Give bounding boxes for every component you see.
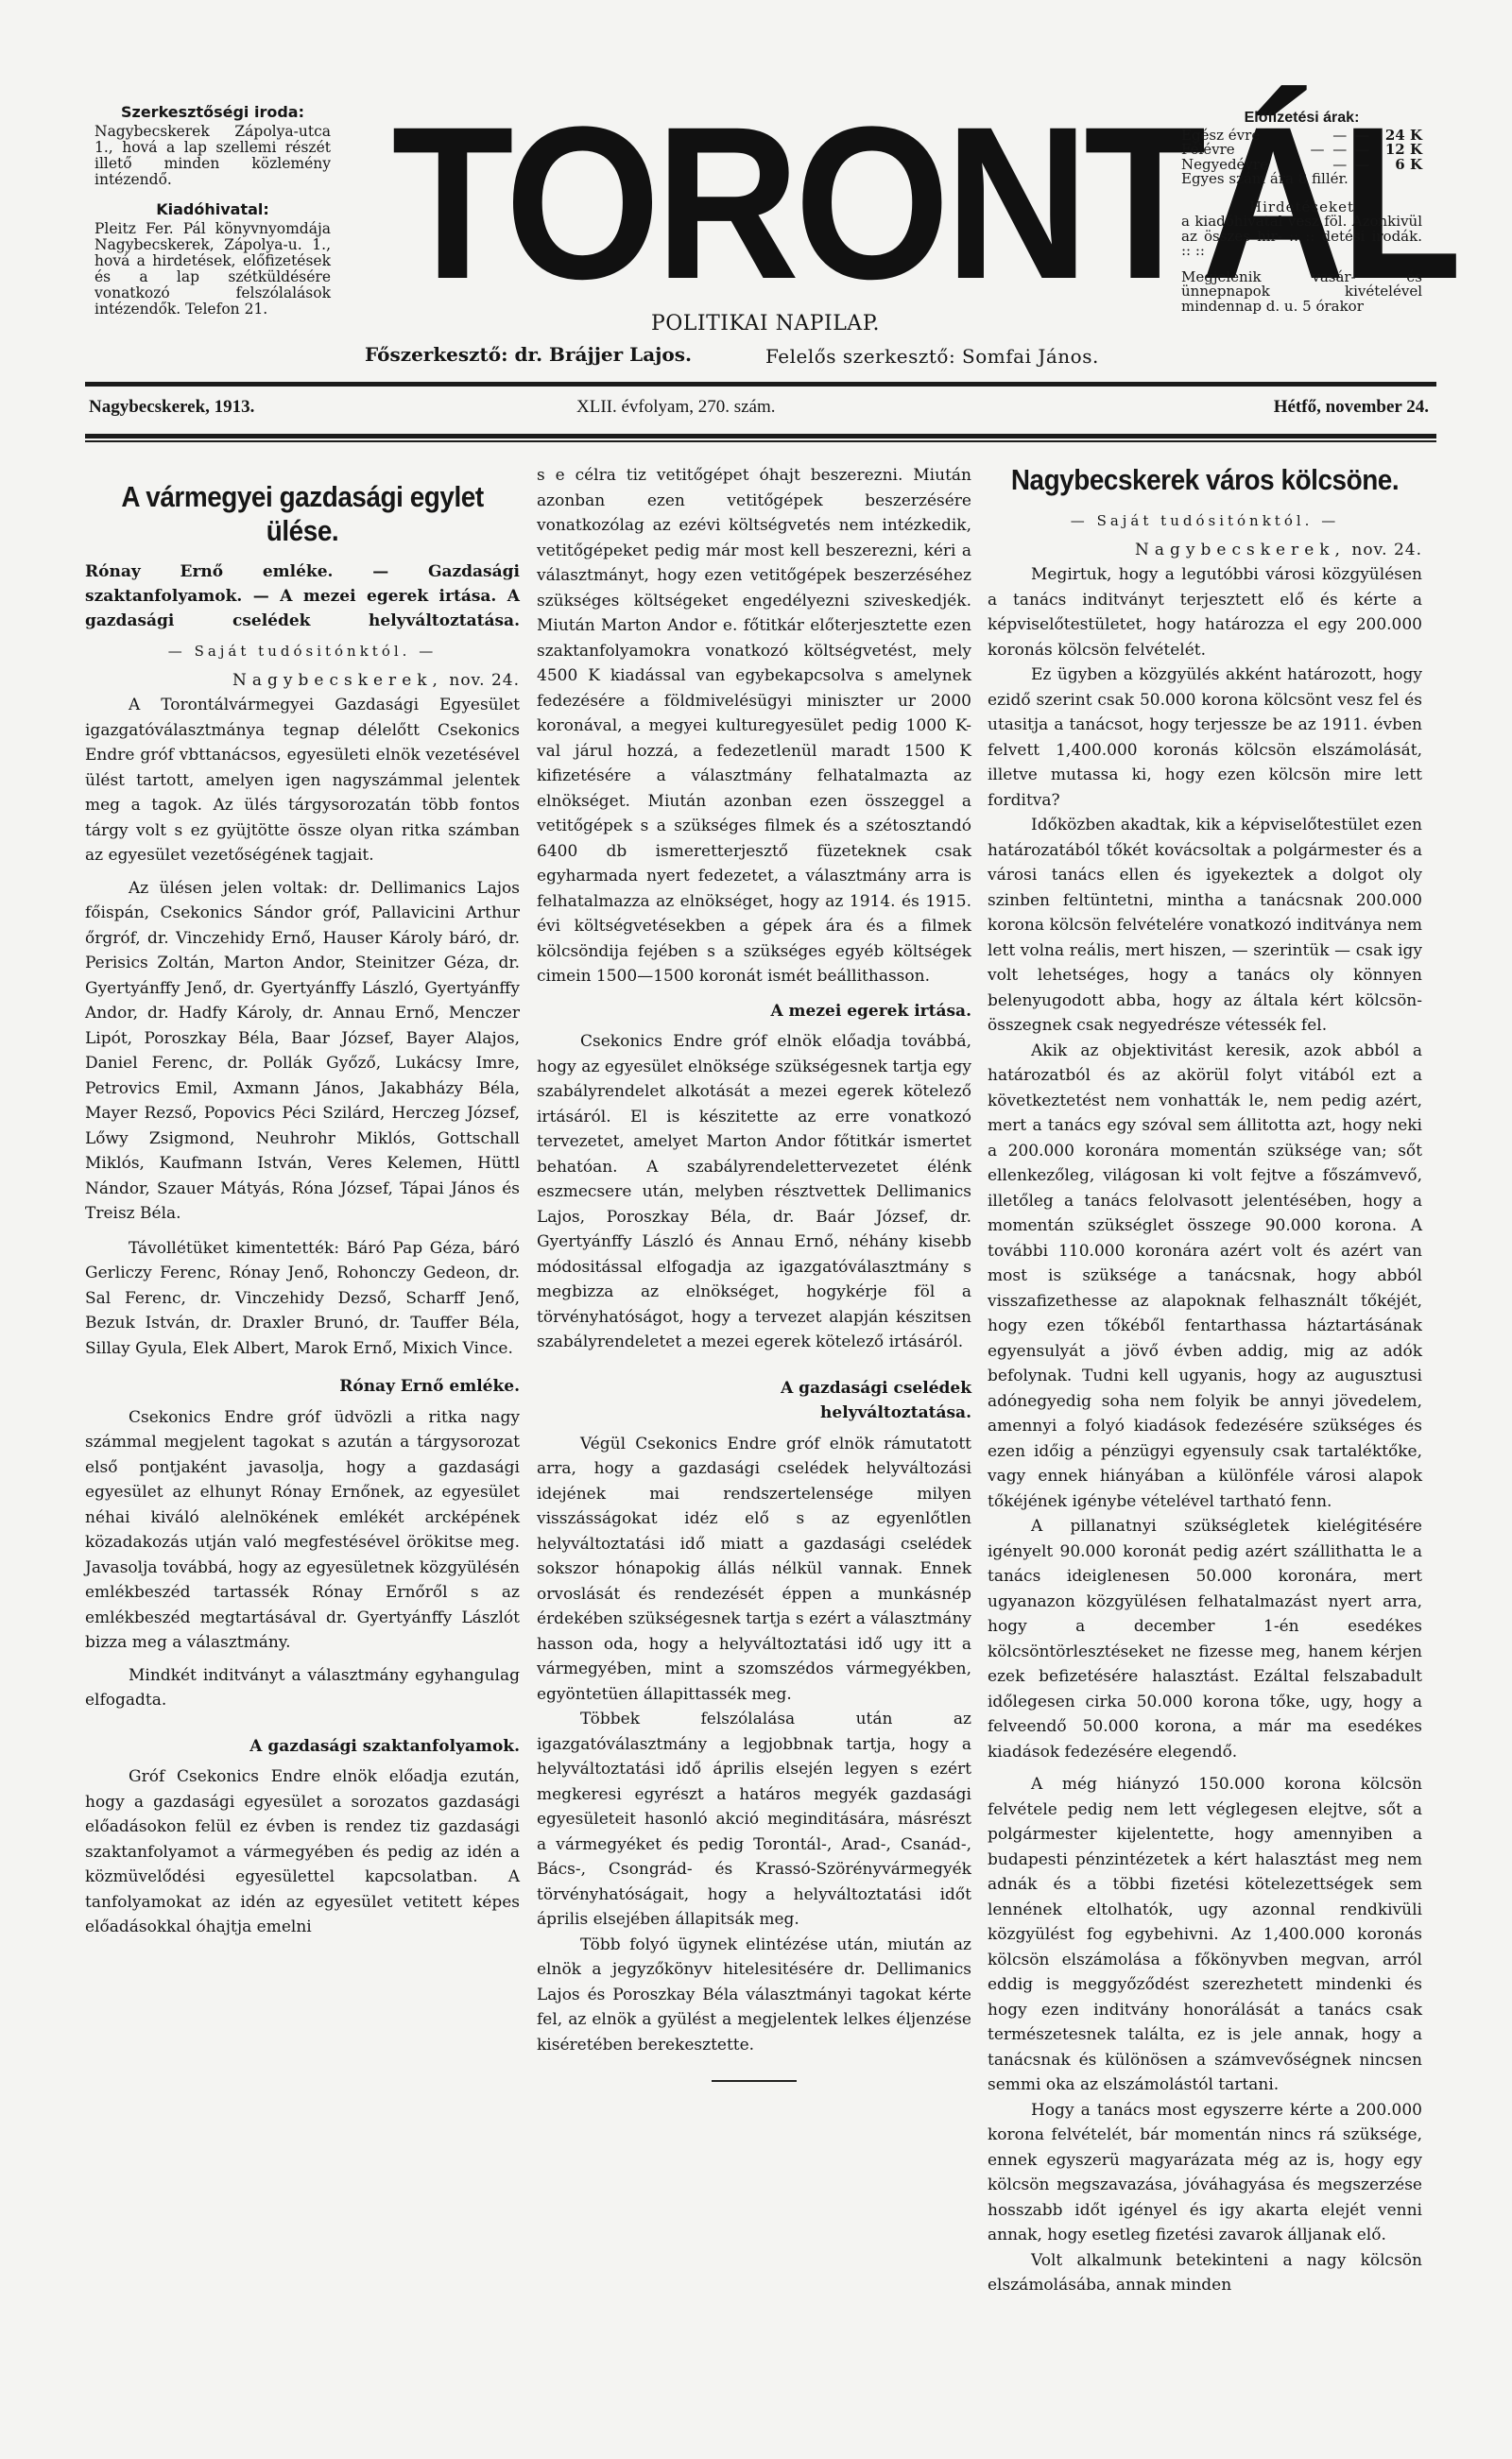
article-paragraph: Gróf Csekonics Endre elnök előadja ezutá… xyxy=(85,1764,520,1940)
single-issue-price: Egyes szám ára 8 fillér. xyxy=(1181,172,1422,187)
article-paragraph: Hogy a tanács most egyszerre kérte a 200… xyxy=(988,2098,1422,2248)
office-info-box: Szerkesztőségi iroda: Nagybecskerek Zápo… xyxy=(94,104,331,331)
top-rule xyxy=(85,382,1436,387)
section-subhead: Rónay Ernő emléke. xyxy=(85,1374,520,1400)
article-byline: — Saját tudósitónktól. — xyxy=(85,639,520,664)
article-paragraph: Az ülésen jelen voltak: dr. Dellimanics … xyxy=(85,876,520,1227)
article-paragraph: Többek felszólalása után az igazgatóvála… xyxy=(537,1707,971,1933)
newspaper-subtitle: POLITIKAI NAPILAP. xyxy=(359,312,1172,335)
editorial-office-text: Nagybecskerek Zápolya-utca 1., hová a la… xyxy=(94,124,331,188)
article-paragraph: A még hiányzó 150.000 korona kölcsön fel… xyxy=(988,1772,1422,2098)
publisher-text: Pleitz Fer. Pál könyvnyomdája Nagybecske… xyxy=(94,221,331,318)
issue-date: Hétfő, november 24. xyxy=(1274,397,1429,418)
subscription-info-box: Előfizetési árak: Egész évre — — 24 K Fé… xyxy=(1181,111,1422,314)
article-summary: Rónay Ernő emléke. — Gazdasági szaktanfo… xyxy=(85,559,520,633)
subscription-heading: Előfizetési árak: xyxy=(1181,111,1422,126)
editor-in-chief: Főszerkesztő: dr. Brájjer Lajos. xyxy=(365,343,692,366)
article-byline: — Saját tudósitónktól. — xyxy=(988,508,1422,534)
article-paragraph: A pillanatnyi szükségletek kielégitésére… xyxy=(988,1514,1422,1764)
bottom-rule xyxy=(85,434,1436,438)
article-paragraph: s e célra tiz vetitőgépet óhajt beszerez… xyxy=(537,463,971,989)
place-year: Nagybecskerek, 1913. xyxy=(89,397,254,418)
article-headline: Nagybecskerek város kölcsöne. xyxy=(1009,463,1400,497)
place-name: Nagybecskerek, xyxy=(232,671,443,690)
article-place: Nagybecskerek, nov. 24. xyxy=(988,538,1422,563)
newspaper-page: Szerkesztőségi iroda: Nagybecskerek Zápo… xyxy=(85,0,1436,2459)
article-end-rule xyxy=(712,2080,797,2082)
article-paragraph: Mindkét inditványt a választmány egyhang… xyxy=(85,1663,520,1713)
article-paragraph: Távollétüket kimentették: Báró Pap Géza,… xyxy=(85,1236,520,1362)
article-paragraph: Csekonics Endre gróf elnök előadja továb… xyxy=(537,1029,971,1355)
place-date: nov. 24. xyxy=(449,671,520,690)
place-date: nov. 24. xyxy=(1351,541,1422,559)
editorial-office-heading: Szerkesztőségi iroda: xyxy=(94,104,331,120)
article-paragraph: Több folyó ügynek elintézése után, miutá… xyxy=(537,1933,971,2058)
article-paragraph: Akik az objektivitást keresik, azok abbó… xyxy=(988,1039,1422,1515)
article-paragraph: Csekonics Endre gróf üdvözli a ritka nag… xyxy=(85,1405,520,1656)
article-place: Nagybecskerek, nov. 24. xyxy=(85,668,520,694)
article-paragraph: Időközben akadtak, kik a képviselőtestül… xyxy=(988,813,1422,1039)
column-1: A vármegyei gazdasági egylet ülése. Róna… xyxy=(85,463,520,1940)
bottom-rule-thin xyxy=(85,440,1436,442)
article-paragraph: Volt alkalmunk betekinteni a nagy kölcsö… xyxy=(988,2248,1422,2298)
price-amount: 6 K xyxy=(1377,158,1422,173)
ads-text: a kiadóhivatal vesz föl. Azonkivül az ös… xyxy=(1181,215,1422,259)
column-3: Nagybecskerek város kölcsöne. — Saját tu… xyxy=(988,463,1422,2298)
dateline: Nagybecskerek, 1913. XLII. évfolyam, 270… xyxy=(85,397,1436,425)
newspaper-title: TORONTÁL xyxy=(391,99,1139,307)
article-paragraph: Megirtuk, hogy a legutóbbi városi közgyü… xyxy=(988,562,1422,662)
article-paragraph: A Torontálvármegyei Gazdasági Egyesület … xyxy=(85,693,520,868)
article-paragraph: Végül Csekonics Endre gróf elnök rámutat… xyxy=(537,1432,971,1708)
masthead: Szerkesztőségi iroda: Nagybecskerek Zápo… xyxy=(85,99,1436,383)
place-name: Nagybecskerek, xyxy=(1135,541,1346,559)
section-subhead: A gazdasági szaktanfolyamok. xyxy=(85,1734,520,1760)
article-headline: A vármegyei gazdasági egylet ülése. xyxy=(107,480,498,548)
section-subhead: A gazdasági cselédek helyváltoztatása. xyxy=(537,1376,971,1426)
publication-schedule: Megjelenik vasár- és ünnepnapok kivételé… xyxy=(1181,270,1422,315)
column-2: s e célra tiz vetitőgépet óhajt beszerez… xyxy=(537,463,971,2082)
publisher-heading: Kiadóhivatal: xyxy=(94,201,331,217)
section-subhead: A mezei egerek irtása. xyxy=(537,999,971,1024)
article-paragraph: Ez ügyben a közgyülés akként határozott,… xyxy=(988,662,1422,813)
volume-issue: XLII. évfolyam, 270. szám. xyxy=(576,397,776,418)
responsible-editor: Felelős szerkesztő: Somfai János. xyxy=(765,345,1099,368)
